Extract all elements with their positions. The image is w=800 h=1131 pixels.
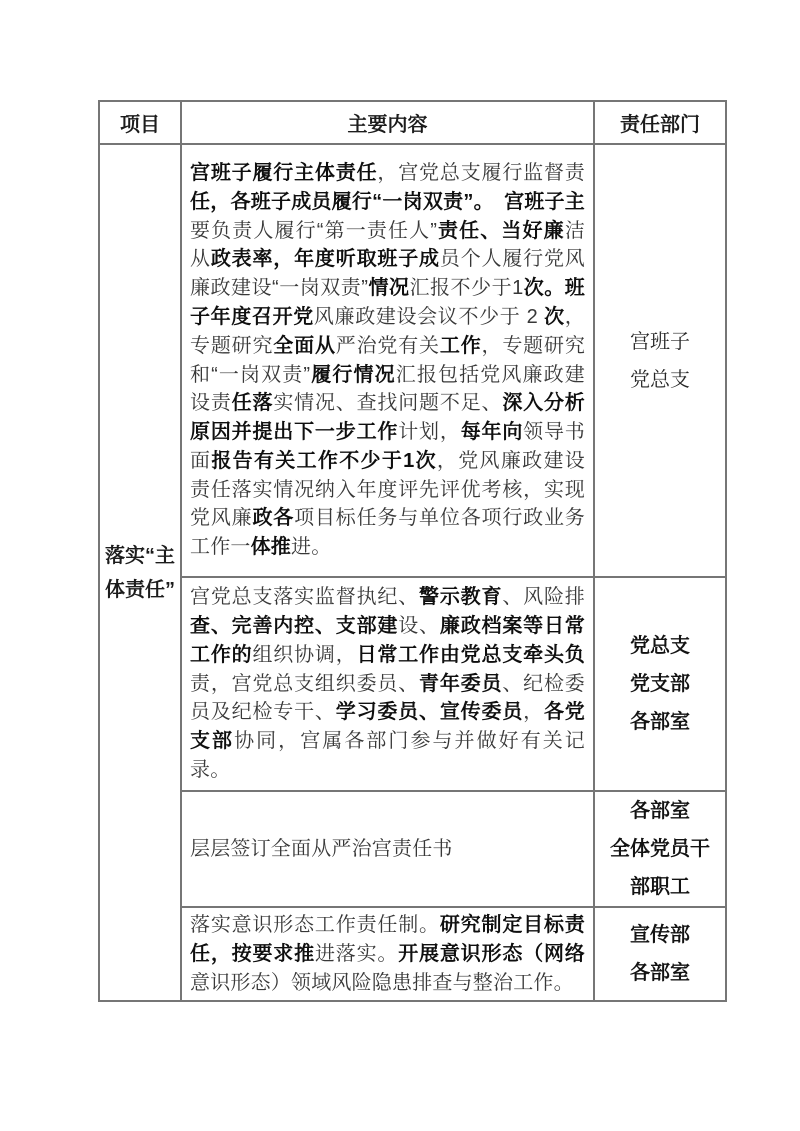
content-cell-ideology: 落实意识形态工作责任制。研究制定目标责任，按要求推进落实。开展意识形态（网络意识… [181, 907, 594, 1001]
table-body: 落实“主 体责任” 宫班子履行主体责任，宫党总支履行监督责任，各班子成员履行“一… [99, 144, 726, 1001]
dept-cell-4: 宣传部 各部室 [594, 907, 726, 1001]
table-row: 落实“主 体责任” 宫班子履行主体责任，宫党总支履行监督责任，各班子成员履行“一… [99, 144, 726, 577]
content-cell-main-responsibility: 宫班子履行主体责任，宫党总支履行监督责任，各班子成员履行“一岗双责”。 宫班子主… [181, 144, 594, 577]
dept-cell-2: 党总支 党支部 各部室 [594, 577, 726, 791]
responsibility-table: 项目 主要内容 责任部门 落实“主 体责任” 宫班子履行主体责任，宫党总支履行监… [98, 100, 727, 1002]
header-cell-main-content: 主要内容 [181, 101, 594, 144]
document-page: 项目 主要内容 责任部门 落实“主 体责任” 宫班子履行主体责任，宫党总支履行监… [0, 0, 800, 1131]
header-row: 项目 主要内容 责任部门 [99, 101, 726, 144]
table-row: 落实意识形态工作责任制。研究制定目标责任，按要求推进落实。开展意识形态（网络意识… [99, 907, 726, 1001]
table-row: 层层签订全面从严治宫责任书 各部室 全体党员干 部职工 [99, 791, 726, 907]
table-header: 项目 主要内容 责任部门 [99, 101, 726, 144]
dept-cell-1: 宫班子 党总支 [594, 144, 726, 577]
header-cell-project: 项目 [99, 101, 181, 144]
header-cell-responsible-dept: 责任部门 [594, 101, 726, 144]
category-cell: 落实“主 体责任” [99, 144, 181, 1001]
dept-cell-3: 各部室 全体党员干 部职工 [594, 791, 726, 907]
content-cell-supervision: 宫党总支落实监督执纪、警示教育、风险排查、完善内控、支部建设、廉政档案等日常工作… [181, 577, 594, 791]
content-cell-responsibility-letter: 层层签订全面从严治宫责任书 [181, 791, 594, 907]
table-row: 宫党总支落实监督执纪、警示教育、风险排查、完善内控、支部建设、廉政档案等日常工作… [99, 577, 726, 791]
